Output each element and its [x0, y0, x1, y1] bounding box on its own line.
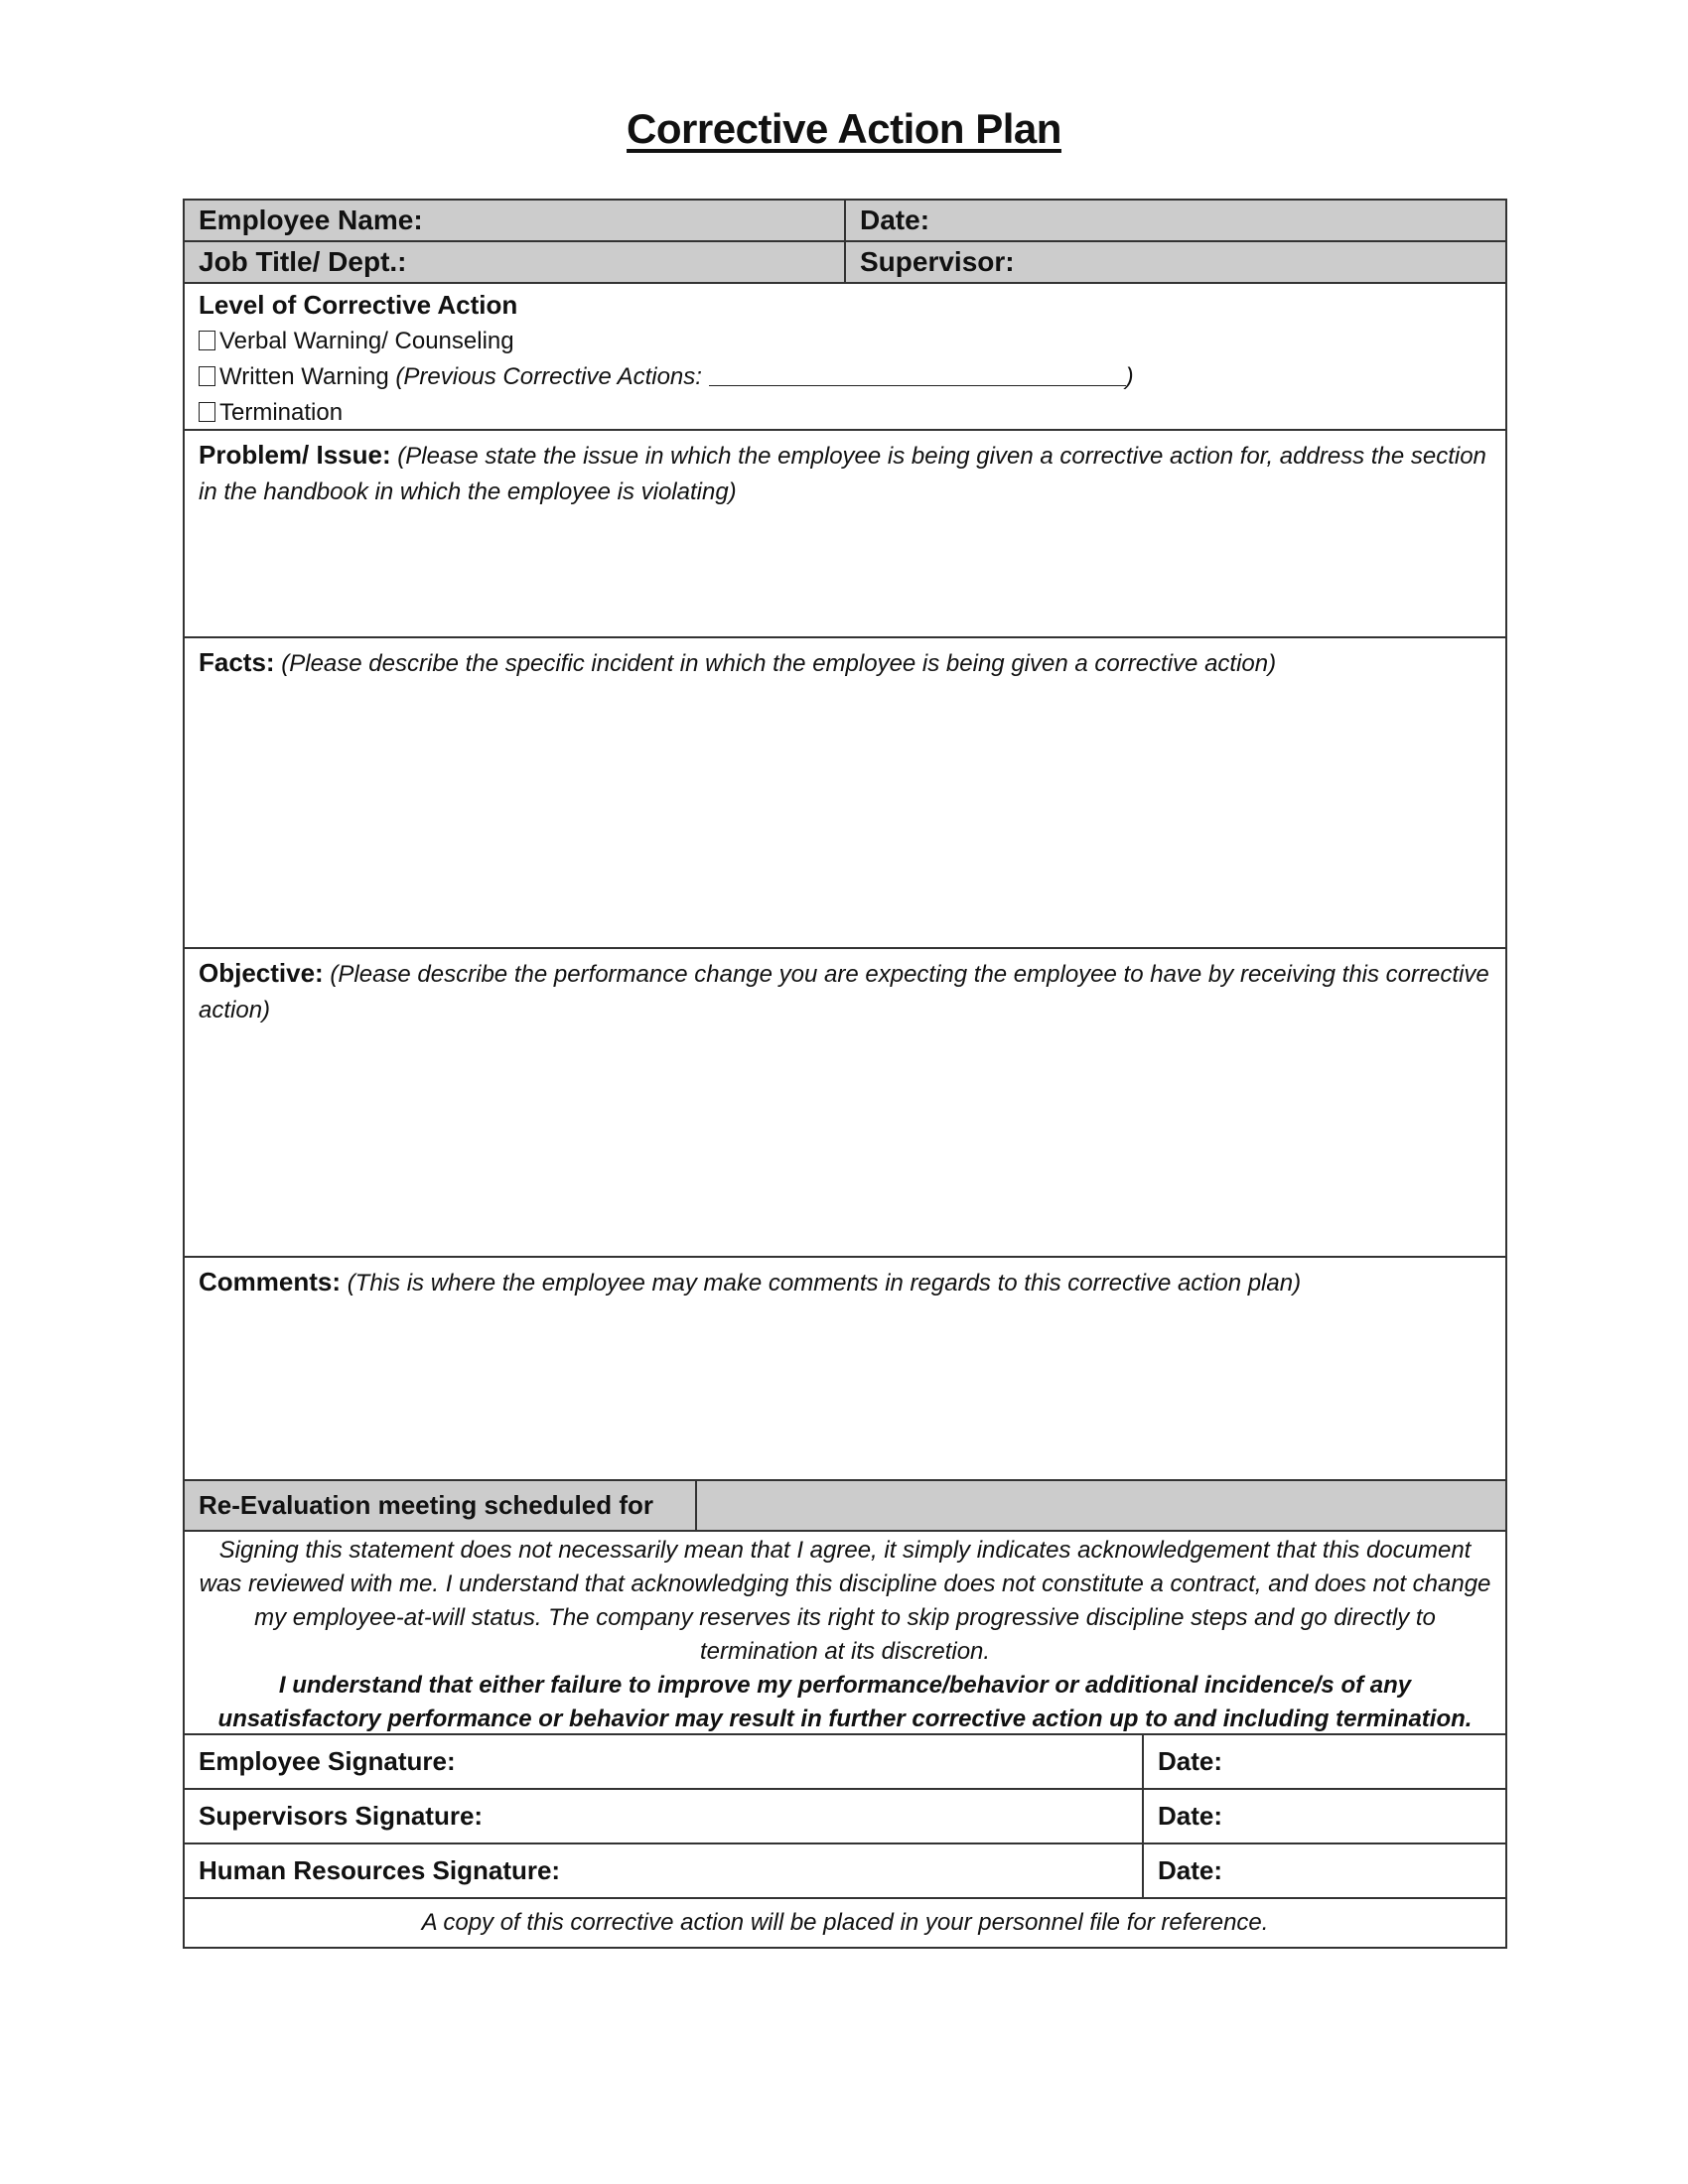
- footer-row: A copy of this corrective action will be…: [185, 1899, 1505, 1947]
- date-label: Date:: [1158, 1855, 1222, 1886]
- problem-hint: (Please state the issue in which the emp…: [199, 443, 1486, 505]
- employee-signature-field[interactable]: Employee Signature:: [185, 1735, 1144, 1788]
- supervisor-signature-label: Supervisors Signature:: [199, 1801, 483, 1832]
- option-verbal-warning[interactable]: Verbal Warning/ Counseling: [199, 324, 1491, 359]
- option-label: Verbal Warning/ Counseling: [219, 328, 514, 354]
- hr-signature-field[interactable]: Human Resources Signature:: [185, 1844, 1144, 1897]
- note-close: ): [1126, 363, 1134, 390]
- reevaluation-date-field[interactable]: [697, 1481, 1505, 1530]
- job-title-label: Job Title/ Dept.:: [199, 246, 407, 278]
- page-title: Corrective Action Plan: [0, 105, 1688, 153]
- checkbox-verbal-warning[interactable]: [199, 331, 215, 350]
- option-termination[interactable]: Termination: [199, 395, 1491, 431]
- reevaluation-label-cell: Re-Evaluation meeting scheduled for: [185, 1481, 697, 1530]
- supervisor-field[interactable]: Supervisor:: [846, 242, 1505, 282]
- checkbox-written-warning[interactable]: [199, 366, 215, 386]
- hr-signature-date-field[interactable]: Date:: [1144, 1844, 1505, 1897]
- previous-actions-input[interactable]: [709, 363, 1126, 386]
- comments-hint: (This is where the employee may make com…: [348, 1270, 1301, 1297]
- problem-label: Problem/ Issue:: [199, 440, 391, 470]
- facts-label: Facts:: [199, 647, 275, 677]
- date-label: Date:: [860, 205, 929, 236]
- employee-signature-label: Employee Signature:: [199, 1746, 456, 1777]
- facts-section[interactable]: Facts: (Please describe the specific inc…: [185, 638, 1505, 949]
- reevaluation-label: Re-Evaluation meeting scheduled for: [199, 1490, 653, 1521]
- hr-signature-label: Human Resources Signature:: [199, 1855, 560, 1886]
- date-label: Date:: [1158, 1801, 1222, 1832]
- acknowledgement-warning: I understand that either failure to impr…: [199, 1669, 1491, 1736]
- objective-section[interactable]: Objective: (Please describe the performa…: [185, 949, 1505, 1258]
- signature-row-employee: Employee Signature: Date:: [185, 1735, 1505, 1790]
- objective-label: Objective:: [199, 958, 324, 988]
- header-row-2: Job Title/ Dept.: Supervisor:: [185, 242, 1505, 284]
- footer-note: A copy of this corrective action will be…: [422, 1905, 1269, 1941]
- objective-hint: (Please describe the performance change …: [199, 961, 1489, 1024]
- employee-name-field[interactable]: Employee Name:: [185, 201, 846, 240]
- comments-label: Comments:: [199, 1267, 341, 1297]
- level-section: Level of Corrective Action Verbal Warnin…: [185, 284, 1505, 431]
- checkbox-termination[interactable]: [199, 402, 215, 422]
- supervisor-signature-field[interactable]: Supervisors Signature:: [185, 1790, 1144, 1843]
- job-title-field[interactable]: Job Title/ Dept.:: [185, 242, 846, 282]
- signature-row-hr: Human Resources Signature: Date:: [185, 1844, 1505, 1899]
- date-label: Date:: [1158, 1746, 1222, 1777]
- corrective-action-form: Employee Name: Date: Job Title/ Dept.: S…: [183, 199, 1507, 1949]
- header-row-1: Employee Name: Date:: [185, 201, 1505, 242]
- level-heading: Level of Corrective Action: [199, 286, 1491, 324]
- acknowledgement-text: Signing this statement does not necessar…: [199, 1534, 1491, 1669]
- previous-actions-note: (Previous Corrective Actions:: [395, 363, 708, 390]
- option-label: Termination: [219, 399, 343, 426]
- supervisor-signature-date-field[interactable]: Date:: [1144, 1790, 1505, 1843]
- acknowledgement-statement: Signing this statement does not necessar…: [185, 1532, 1505, 1735]
- employee-name-label: Employee Name:: [199, 205, 423, 236]
- facts-hint: (Please describe the specific incident i…: [281, 650, 1276, 677]
- reevaluation-row: Re-Evaluation meeting scheduled for: [185, 1481, 1505, 1532]
- comments-section[interactable]: Comments: (This is where the employee ma…: [185, 1258, 1505, 1481]
- supervisor-label: Supervisor:: [860, 246, 1015, 278]
- signature-row-supervisor: Supervisors Signature: Date:: [185, 1790, 1505, 1844]
- option-written-warning[interactable]: Written Warning (Previous Corrective Act…: [199, 359, 1491, 395]
- problem-section[interactable]: Problem/ Issue: (Please state the issue …: [185, 431, 1505, 638]
- employee-signature-date-field[interactable]: Date:: [1144, 1735, 1505, 1788]
- option-label: Written Warning: [219, 363, 389, 390]
- date-field[interactable]: Date:: [846, 201, 1505, 240]
